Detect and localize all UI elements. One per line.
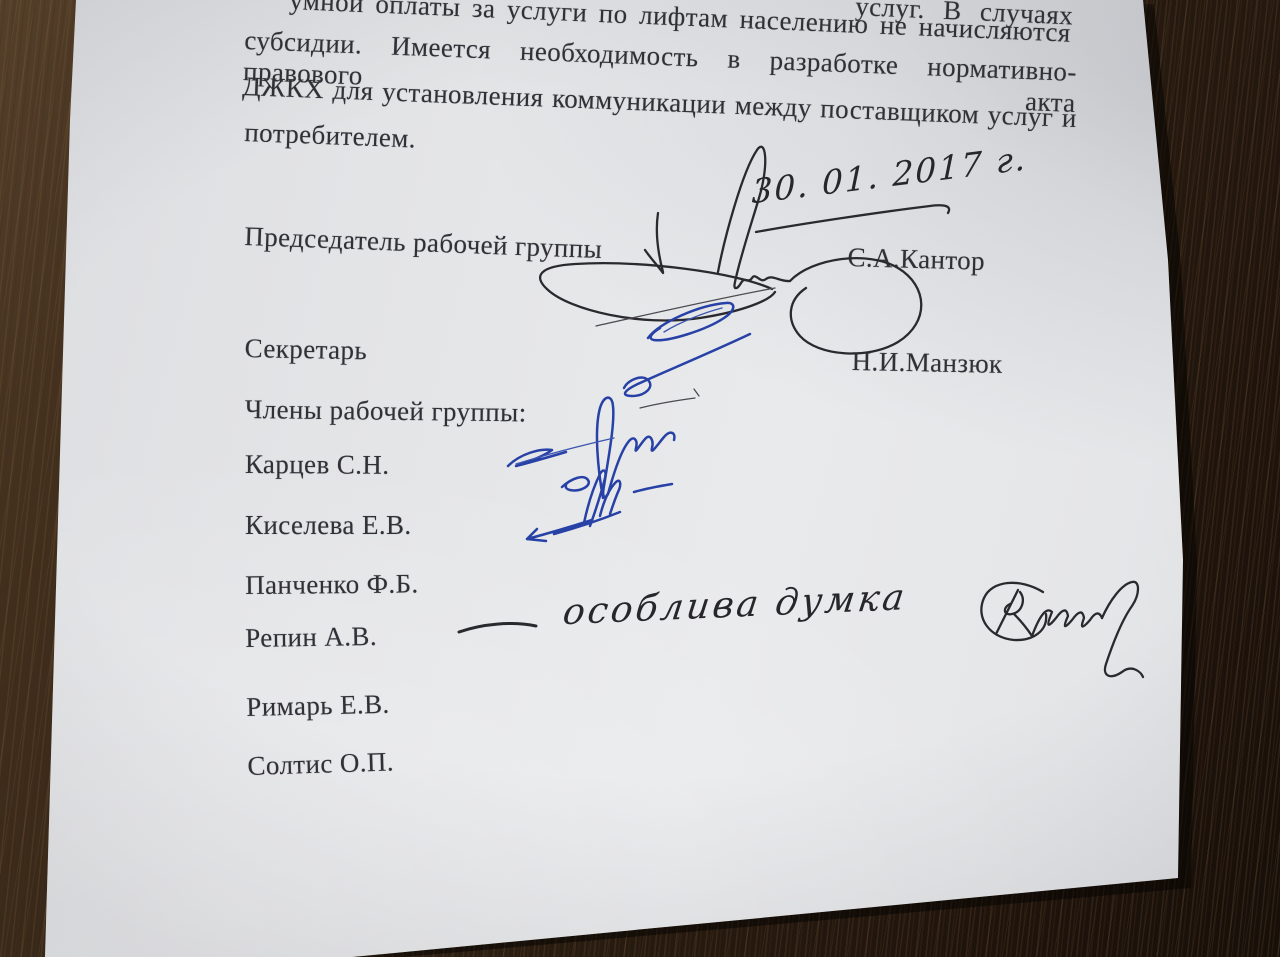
- chairman-name: С.А.Кантор: [847, 242, 985, 277]
- members-heading: Члены рабочей группы:: [245, 394, 527, 428]
- handwritten-date: 30. 01. 2017 г.: [751, 138, 1027, 211]
- member-name: Репин А.В.: [245, 621, 377, 654]
- secretary-label: Секретарь: [244, 333, 367, 366]
- paragraph-line: ДЖКХ для установления коммуникации между…: [242, 71, 1078, 134]
- paragraph-line: потребителем.: [244, 117, 417, 155]
- photo-of-document: услуг. В случаях умной оплаты за услуги …: [0, 0, 1280, 957]
- clipped-previous-line: услуг. В случаях: [855, 0, 1074, 31]
- document-page: услуг. В случаях умной оплаты за услуги …: [0, 0, 1280, 957]
- handwritten-dissent-note: особлива думка: [561, 577, 910, 633]
- member-name: Киселева Е.В.: [245, 510, 412, 541]
- clipped-paragraph-line: умной оплаты за услуги по лифтам населен…: [289, 0, 1072, 49]
- member-name: Панченко Ф.Б.: [245, 568, 419, 601]
- member-name: Карцев С.Н.: [245, 449, 390, 481]
- member-name: Солтис О.П.: [247, 746, 394, 782]
- member-name: Римарь Е.В.: [246, 689, 390, 723]
- chairman-label: Председатель рабочей группы: [244, 221, 603, 265]
- paragraph-line: субсидии. Имеется необходимость в разраб…: [243, 25, 1078, 119]
- secretary-name: Н.И.Манзюк: [851, 346, 1002, 380]
